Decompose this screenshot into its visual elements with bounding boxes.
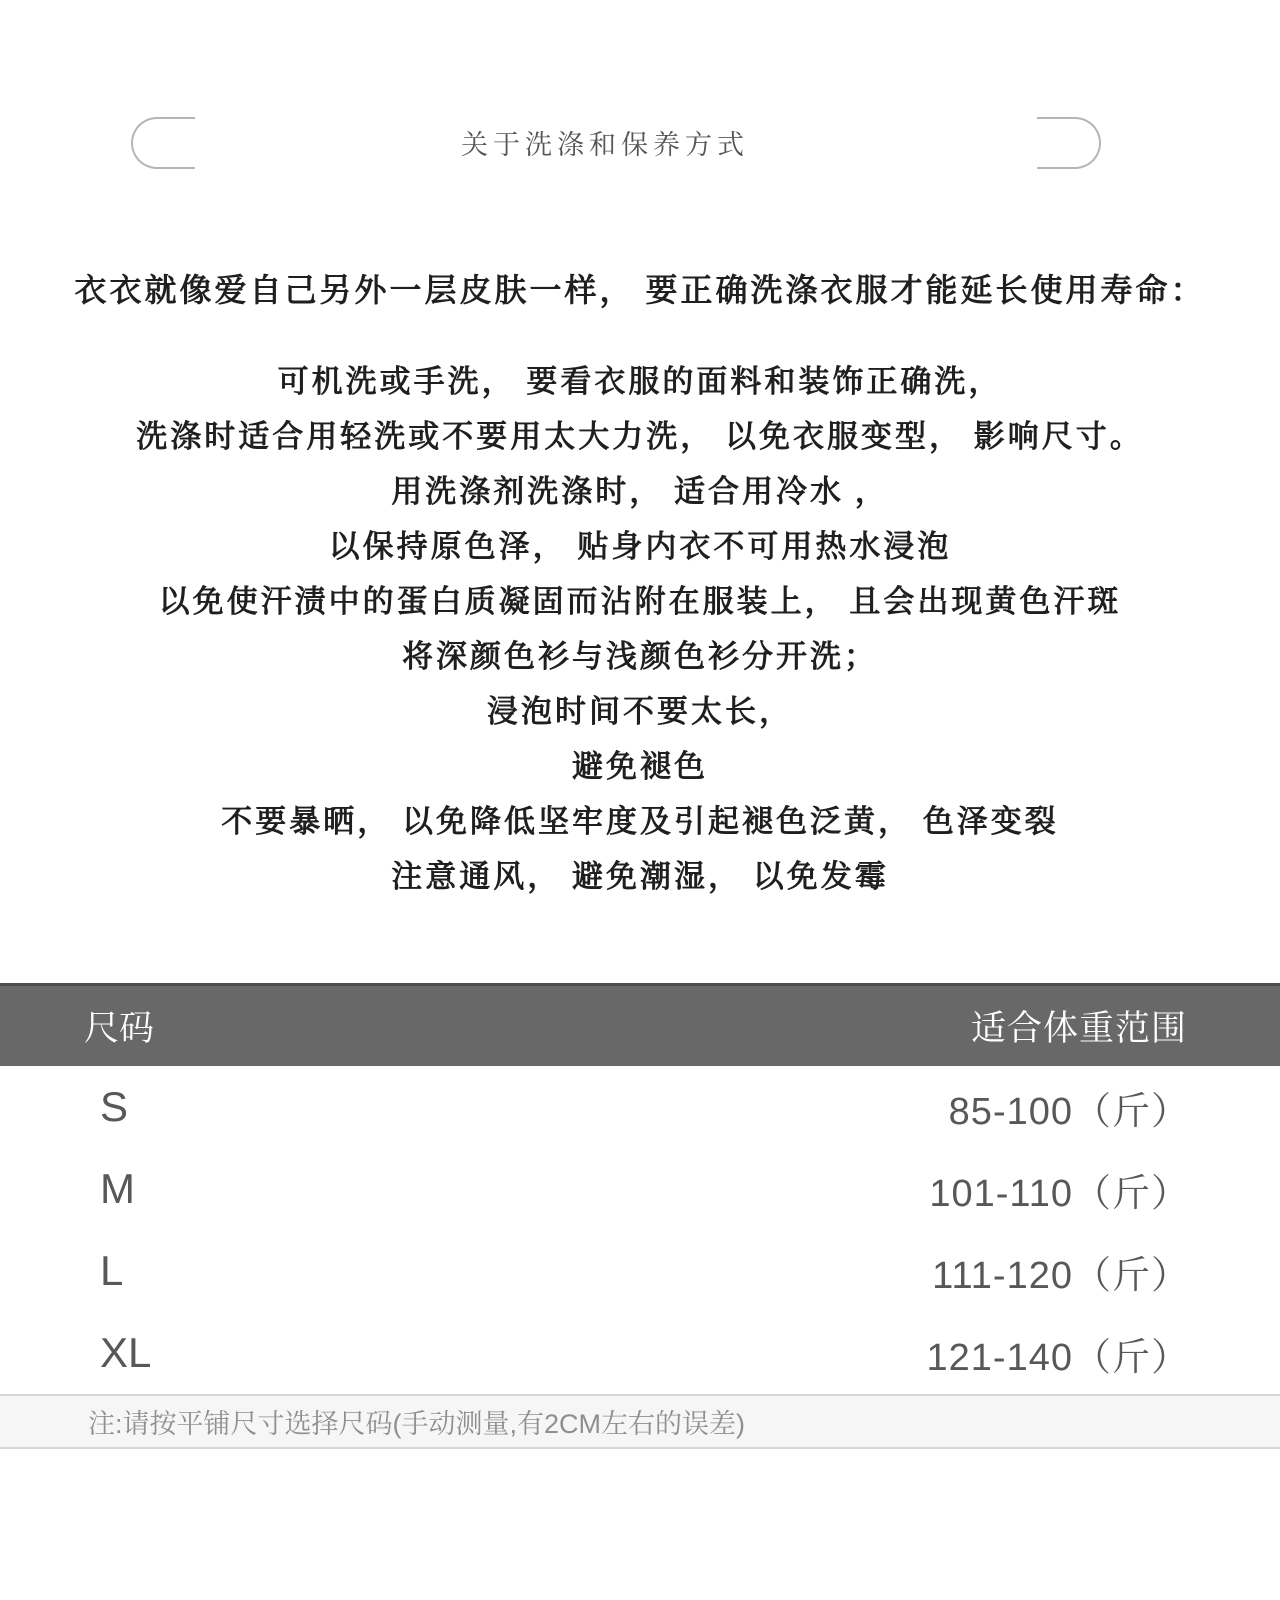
size-label: M <box>0 1165 135 1213</box>
table-row: L 111-120（斤） <box>0 1230 1280 1312</box>
size-label: XL <box>0 1329 151 1377</box>
care-line: 不要暴晒， 以免降低坚牢度及引起褪色泛黄， 色泽变裂 <box>0 794 1280 849</box>
size-label: L <box>0 1247 123 1295</box>
care-line: 以保持原色泽， 贴身内衣不可用热水浸泡 <box>0 519 1280 574</box>
care-instructions: 衣衣就像爱自己另外一层皮肤一样， 要正确洗涤衣服才能延长使用寿命： 可机洗或手洗… <box>0 262 1280 904</box>
care-line: 将深颜色衫与浅颜色衫分开洗； <box>0 629 1280 684</box>
size-note: 注:请按平铺尺寸选择尺码(手动测量,有2CM左右的误差) <box>0 1394 1280 1449</box>
care-lines: 可机洗或手洗， 要看衣服的面料和装饰正确洗， 洗涤时适合用轻洗或不要用太大力洗，… <box>0 354 1280 904</box>
weight-column-header: 适合体重范围 <box>971 1001 1280 1051</box>
care-line: 注意通风， 避免潮湿， 以免发霉 <box>0 849 1280 904</box>
weight-range: 101-110（斤） <box>929 1162 1280 1217</box>
table-row: XL 121-140（斤） <box>0 1312 1280 1394</box>
care-line: 洗涤时适合用轻洗或不要用太大力洗， 以免衣服变型， 影响尺寸。 <box>0 409 1280 464</box>
size-column-header: 尺码 <box>0 1001 154 1051</box>
size-table-header: 尺码 适合体重范围 <box>0 983 1280 1066</box>
size-label: S <box>0 1083 128 1131</box>
care-line: 以免使汗渍中的蛋白质凝固而沾附在服装上， 且会出现黄色汗斑 <box>0 574 1280 629</box>
table-row: S 85-100（斤） <box>0 1066 1280 1148</box>
care-line: 用洗涤剂洗涤时， 适合用冷水 ， <box>0 464 1280 519</box>
care-intro: 衣衣就像爱自己另外一层皮肤一样， 要正确洗涤衣服才能延长使用寿命： <box>0 262 1280 318</box>
weight-range: 85-100（斤） <box>949 1080 1280 1135</box>
product-care-page: 关于洗涤和保养方式 衣衣就像爱自己另外一层皮肤一样， 要正确洗涤衣服才能延长使用… <box>0 0 1280 1600</box>
weight-range: 121-140（斤） <box>927 1326 1280 1381</box>
weight-range: 111-120（斤） <box>932 1244 1280 1299</box>
table-row: M 101-110（斤） <box>0 1148 1280 1230</box>
page-title: 关于洗涤和保养方式 <box>0 117 1210 173</box>
care-line: 避免褪色 <box>0 739 1280 794</box>
bracket-right-icon <box>1037 117 1101 169</box>
section-header: 关于洗涤和保养方式 <box>0 117 1280 173</box>
care-line: 可机洗或手洗， 要看衣服的面料和装饰正确洗， <box>0 354 1280 409</box>
size-table: 尺码 适合体重范围 S 85-100（斤） M 101-110（斤） L 111… <box>0 983 1280 1449</box>
care-line: 浸泡时间不要太长， <box>0 684 1280 739</box>
